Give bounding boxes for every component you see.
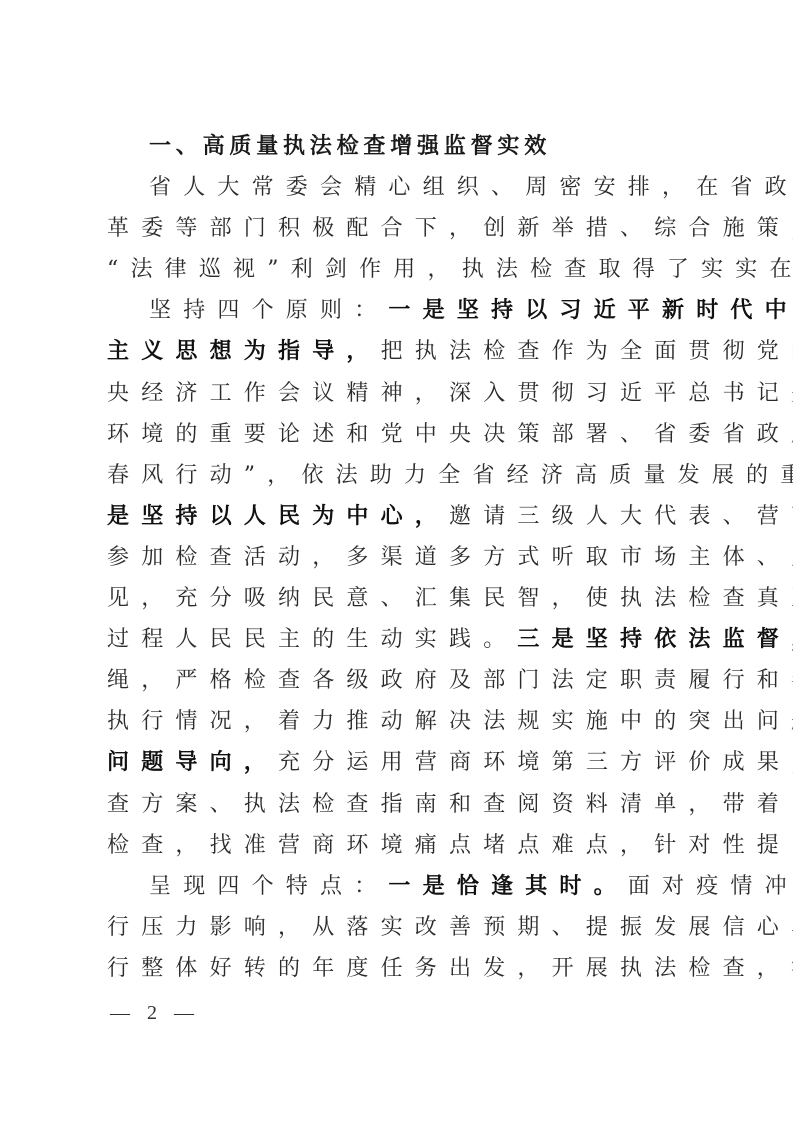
body-text: 省人大常委会精心组织、周密安排，在省政府及发展改 <box>149 175 793 200</box>
bold-text: 主义思想为指导， <box>107 339 381 364</box>
paragraph-line: 行压力影响，从落实改善预期、提振发展信心、推动经济运 <box>107 914 793 942</box>
body-text: 革委等部门积极配合下，创新举措、综合施策，充分发挥 <box>107 216 793 241</box>
body-text: 央经济工作会议精神，深入贯彻习近平总书记关于优化营商 <box>107 381 793 406</box>
paragraph-line: 检查，找准营商环境痛点堵点难点，针对性提出整改意见。 <box>107 832 793 860</box>
paragraph-line: 是坚持以人民为中心，邀请三级人大代表、营商环境监督员 <box>107 503 793 531</box>
section-heading: 一、高质量执法检查增强监督实效 <box>149 133 551 161</box>
paragraph-line: 央经济工作会议精神，深入贯彻习近平总书记关于优化营商 <box>107 380 793 408</box>
paragraph-line: 省人大常委会精心组织、周密安排，在省政府及发展改 <box>149 174 793 202</box>
paragraph-line: 见，充分吸纳民意、汇集民智，使执法检查真正成为发展全 <box>107 585 793 613</box>
paragraph-line: “法律巡视”利剑作用，执法检查取得了实实在在的成效。 <box>107 256 793 284</box>
body-text: 绳，严格检查各级政府及部门法定职责履行和各项法规条文 <box>107 668 793 693</box>
body-text: 查方案、执法检查指南和查阅资料清单，带着问题深入基层 <box>107 792 793 817</box>
bold-text: 问题导向， <box>107 750 278 775</box>
body-text: 邀请三级人大代表、营商环境监督员 <box>449 504 793 529</box>
paragraph-line: 坚持四个原则：一是坚持以习近平新时代中国特色社会 <box>149 297 793 325</box>
paragraph-line: 问题导向，充分运用营商环境第三方评价成果，科学编制检 <box>107 749 793 777</box>
paragraph-line: 呈现四个特点：一是恰逢其时。面对疫情冲击和经济下 <box>149 873 793 901</box>
body-text: 行整体好转的年度任务出发，开展执法检查，符合经济发展 <box>107 956 793 981</box>
body-text: 见，充分吸纳民意、汇集民智，使执法检查真正成为发展全 <box>107 586 793 611</box>
bold-text: 三是坚持依法监督， <box>517 627 793 652</box>
bold-text: 一是坚持以习近平新时代中国特色社会 <box>388 298 793 323</box>
paragraph-line: 春风行动”，依法助力全省经济高质量发展的重要举措。二 <box>107 462 793 490</box>
bold-text: 一是恰逢其时。 <box>388 874 627 899</box>
body-text: “法律巡视”利剑作用，执法检查取得了实实在在的成效。 <box>107 257 793 282</box>
bold-text: 是坚持以人民为中心， <box>107 504 449 529</box>
page-number: — 2 — <box>110 1002 200 1025</box>
paragraph-line: 查方案、执法检查指南和查阅资料清单，带着问题深入基层 <box>107 791 793 819</box>
body-text: 行压力影响，从落实改善预期、提振发展信心、推动经济运 <box>107 915 793 940</box>
body-text: 环境的重要论述和党中央决策部署、省委省政府“助企暖企 <box>107 422 793 447</box>
body-text: 呈现四个特点： <box>149 874 388 899</box>
paragraph-line: 环境的重要论述和党中央决策部署、省委省政府“助企暖企 <box>107 421 793 449</box>
body-text: 春风行动”，依法助力全省经济高质量发展的重要举措。 <box>107 463 793 488</box>
paragraph-line: 过程人民民主的生动实践。三是坚持依法监督，以法规为准 <box>107 626 793 654</box>
body-text: 过程人民民主的生动实践。 <box>107 627 517 652</box>
body-text: 坚持四个原则： <box>149 298 388 323</box>
paragraph-line: 参加检查活动，多渠道多方式听取市场主体、人民群众意 <box>107 544 793 572</box>
body-text: 参加检查活动，多渠道多方式听取市场主体、人民群众意 <box>107 545 793 570</box>
paragraph-line: 革委等部门积极配合下，创新举措、综合施策，充分发挥 <box>107 215 793 243</box>
paragraph-line: 主义思想为指导，把执法检查作为全面贯彻党的二十大和中 <box>107 338 793 366</box>
body-text: 检查，找准营商环境痛点堵点难点，针对性提出整改意见。 <box>107 833 793 858</box>
paragraph-line: 绳，严格检查各级政府及部门法定职责履行和各项法规条文 <box>107 667 793 695</box>
body-text: 面对疫情冲击和经济下 <box>628 874 793 899</box>
body-text: 把执法检查作为全面贯彻党的二十大和中 <box>381 339 793 364</box>
body-text: 充分运用营商环境第三方评价成果，科学编制检 <box>278 750 793 775</box>
document-page: 一、高质量执法检查增强监督实效 省人大常委会精心组织、周密安排，在省政府及发展改… <box>0 0 793 1122</box>
body-text: 执行情况，着力推动解决法规实施中的突出问题。 <box>107 709 793 734</box>
paragraph-line: 执行情况，着力推动解决法规实施中的突出问题。四是坚持 <box>107 708 793 736</box>
paragraph-line: 行整体好转的年度任务出发，开展执法检查，符合经济发展 <box>107 955 793 983</box>
